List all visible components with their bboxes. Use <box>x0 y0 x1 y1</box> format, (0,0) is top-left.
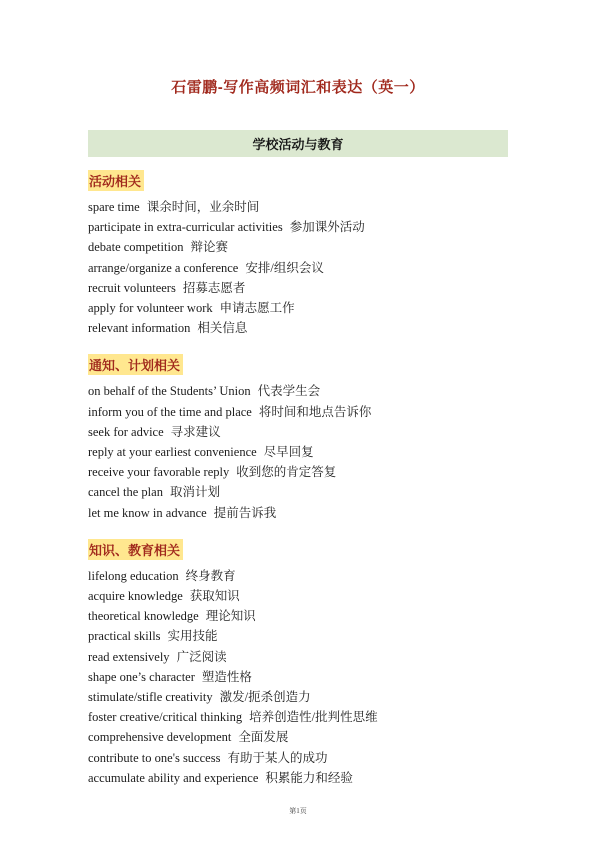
vocab-entry: cancel the plan取消计划 <box>88 482 508 502</box>
english-phrase: lifelong education <box>88 569 179 583</box>
chinese-translation: 积累能力和经验 <box>265 771 353 785</box>
chinese-translation: 塑造性格 <box>202 670 252 684</box>
chinese-translation: 课余时间，业余时间 <box>147 200 260 214</box>
chinese-translation: 实用技能 <box>168 629 218 643</box>
english-phrase: comprehensive development <box>88 730 231 744</box>
vocab-entry: let me know in advance提前告诉我 <box>88 503 508 523</box>
chinese-translation: 终身教育 <box>186 569 236 583</box>
english-phrase: let me know in advance <box>88 506 207 520</box>
vocab-entry: read extensively广泛阅读 <box>88 647 508 667</box>
vocab-section: 通知、计划相关on behalf of the Students’ Union代… <box>88 354 508 522</box>
chinese-translation: 提前告诉我 <box>214 506 277 520</box>
english-phrase: debate competition <box>88 240 183 254</box>
english-phrase: contribute to one's success <box>88 751 220 765</box>
chinese-translation: 尽早回复 <box>264 445 314 459</box>
chinese-translation: 辩论赛 <box>190 240 228 254</box>
english-phrase: spare time <box>88 200 140 214</box>
vocab-entry: acquire knowledge获取知识 <box>88 586 508 606</box>
english-phrase: stimulate/stifle creativity <box>88 690 213 704</box>
section-heading: 知识、教育相关 <box>88 539 183 560</box>
vocab-entry: spare time课余时间，业余时间 <box>88 197 508 217</box>
vocab-entry: reply at your earliest convenience尽早回复 <box>88 442 508 462</box>
vocab-entry: on behalf of the Students’ Union代表学生会 <box>88 381 508 401</box>
english-phrase: recruit volunteers <box>88 281 176 295</box>
english-phrase: practical skills <box>88 629 161 643</box>
vocab-entry: participate in extra-curricular activiti… <box>88 217 508 237</box>
chinese-translation: 安排/组织会议 <box>245 261 323 275</box>
section-heading: 通知、计划相关 <box>88 354 183 375</box>
category-banner: 学校活动与教育 <box>88 130 508 157</box>
vocab-section: 知识、教育相关lifelong education终身教育acquire kno… <box>88 539 508 788</box>
vocab-entry: receive your favorable reply收到您的肯定答复 <box>88 462 508 482</box>
english-phrase: theoretical knowledge <box>88 609 199 623</box>
vocab-entry: apply for volunteer work申请志愿工作 <box>88 298 508 318</box>
english-phrase: shape one’s character <box>88 670 195 684</box>
document-title: 石雷鹏-写作高频词汇和表达（英一） <box>0 76 596 97</box>
english-phrase: receive your favorable reply <box>88 465 229 479</box>
english-phrase: participate in extra-curricular activiti… <box>88 220 283 234</box>
chinese-translation: 申请志愿工作 <box>220 301 295 315</box>
vocab-entry: contribute to one's success有助于某人的成功 <box>88 748 508 768</box>
vocab-entry: theoretical knowledge理论知识 <box>88 606 508 626</box>
vocab-entry: accumulate ability and experience积累能力和经验 <box>88 768 508 788</box>
english-phrase: apply for volunteer work <box>88 301 213 315</box>
chinese-translation: 参加课外活动 <box>290 220 365 234</box>
vocab-entry: stimulate/stifle creativity激发/扼杀创造力 <box>88 687 508 707</box>
vocab-entry: recruit volunteers招募志愿者 <box>88 278 508 298</box>
vocab-entry: shape one’s character塑造性格 <box>88 667 508 687</box>
chinese-translation: 相关信息 <box>197 321 247 335</box>
english-phrase: arrange/organize a conference <box>88 261 238 275</box>
vocab-entry: arrange/organize a conference安排/组织会议 <box>88 258 508 278</box>
chinese-translation: 收到您的肯定答复 <box>236 465 336 479</box>
chinese-translation: 寻求建议 <box>171 425 221 439</box>
english-phrase: relevant information <box>88 321 190 335</box>
sections-container: 活动相关spare time课余时间，业余时间participate in ex… <box>88 170 508 788</box>
vocab-entry: inform you of the time and place将时间和地点告诉… <box>88 402 508 422</box>
vocab-entry: practical skills实用技能 <box>88 626 508 646</box>
vocab-entry: relevant information相关信息 <box>88 318 508 338</box>
chinese-translation: 广泛阅读 <box>177 650 227 664</box>
vocab-entry: lifelong education终身教育 <box>88 566 508 586</box>
english-phrase: cancel the plan <box>88 485 163 499</box>
vocab-section: 活动相关spare time课余时间，业余时间participate in ex… <box>88 170 508 338</box>
english-phrase: on behalf of the Students’ Union <box>88 384 251 398</box>
english-phrase: acquire knowledge <box>88 589 183 603</box>
english-phrase: accumulate ability and experience <box>88 771 258 785</box>
chinese-translation: 将时间和地点告诉你 <box>259 405 372 419</box>
english-phrase: inform you of the time and place <box>88 405 252 419</box>
vocab-entry: seek for advice寻求建议 <box>88 422 508 442</box>
english-phrase: foster creative/critical thinking <box>88 710 242 724</box>
english-phrase: seek for advice <box>88 425 164 439</box>
english-phrase: read extensively <box>88 650 170 664</box>
chinese-translation: 理论知识 <box>206 609 256 623</box>
chinese-translation: 全面发展 <box>238 730 288 744</box>
chinese-translation: 招募志愿者 <box>183 281 246 295</box>
page-number: 第1页 <box>0 806 596 816</box>
vocab-entry: debate competition辩论赛 <box>88 237 508 257</box>
chinese-translation: 取消计划 <box>170 485 220 499</box>
document-page: 石雷鹏-写作高频词汇和表达（英一） 学校活动与教育 活动相关spare time… <box>0 0 596 842</box>
chinese-translation: 代表学生会 <box>258 384 321 398</box>
chinese-translation: 有助于某人的成功 <box>227 751 327 765</box>
vocab-entry: foster creative/critical thinking培养创造性/批… <box>88 707 508 727</box>
section-heading: 活动相关 <box>88 170 144 191</box>
chinese-translation: 激发/扼杀创造力 <box>220 690 311 704</box>
vocab-entry: comprehensive development全面发展 <box>88 727 508 747</box>
english-phrase: reply at your earliest convenience <box>88 445 257 459</box>
chinese-translation: 培养创造性/批判性思维 <box>249 710 377 724</box>
chinese-translation: 获取知识 <box>190 589 240 603</box>
